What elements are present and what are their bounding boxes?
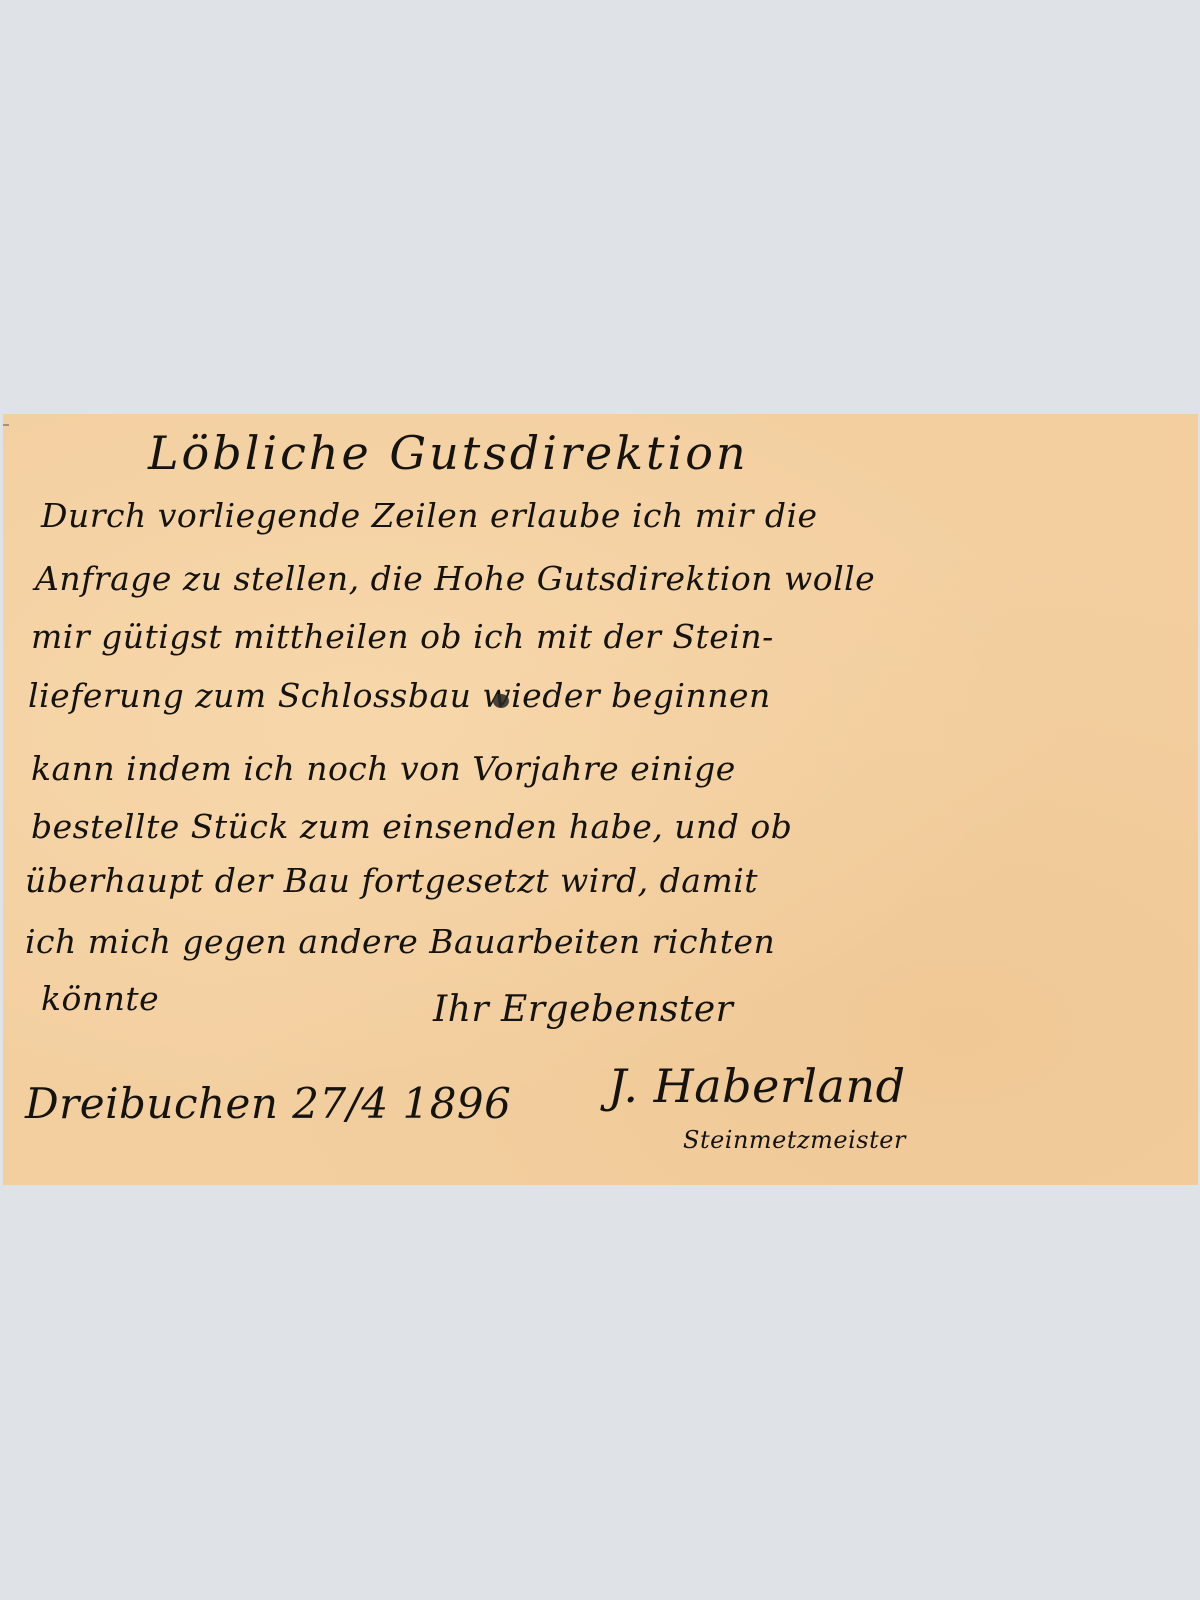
closing: Ihr Ergebenster [433,989,733,1030]
body-line: bestellte Stück zum einsenden habe, und … [31,807,792,846]
body-line: Anfrage zu stellen, die Hohe Gutsdirekti… [35,559,875,598]
body-line: ich mich gegen andere Bauarbeiten richte… [25,922,775,961]
signature: J. Haberland [608,1059,906,1113]
place-and-date: Dreibuchen 27/4 1896 [25,1079,511,1128]
ink-blot [493,694,509,708]
edge-mark [3,424,9,426]
signer-title: Steinmetzmeister [683,1126,906,1154]
postcard: Löbliche Gutsdirektion Durch vorliegende… [3,414,1198,1185]
body-line: lieferung zum Schlossbau wieder beginnen [28,676,771,715]
body-line: kann indem ich noch von Vorjahre einige [31,749,736,788]
body-line: Durch vorliegende Zeilen erlaube ich mir… [41,496,818,535]
body-line: könnte [41,979,159,1018]
body-line: mir gütigst mittheilen ob ich mit der St… [31,617,774,656]
body-line: überhaupt der Bau fortgesetzt wird, dami… [25,861,758,900]
salutation: Löbliche Gutsdirektion [148,426,749,480]
